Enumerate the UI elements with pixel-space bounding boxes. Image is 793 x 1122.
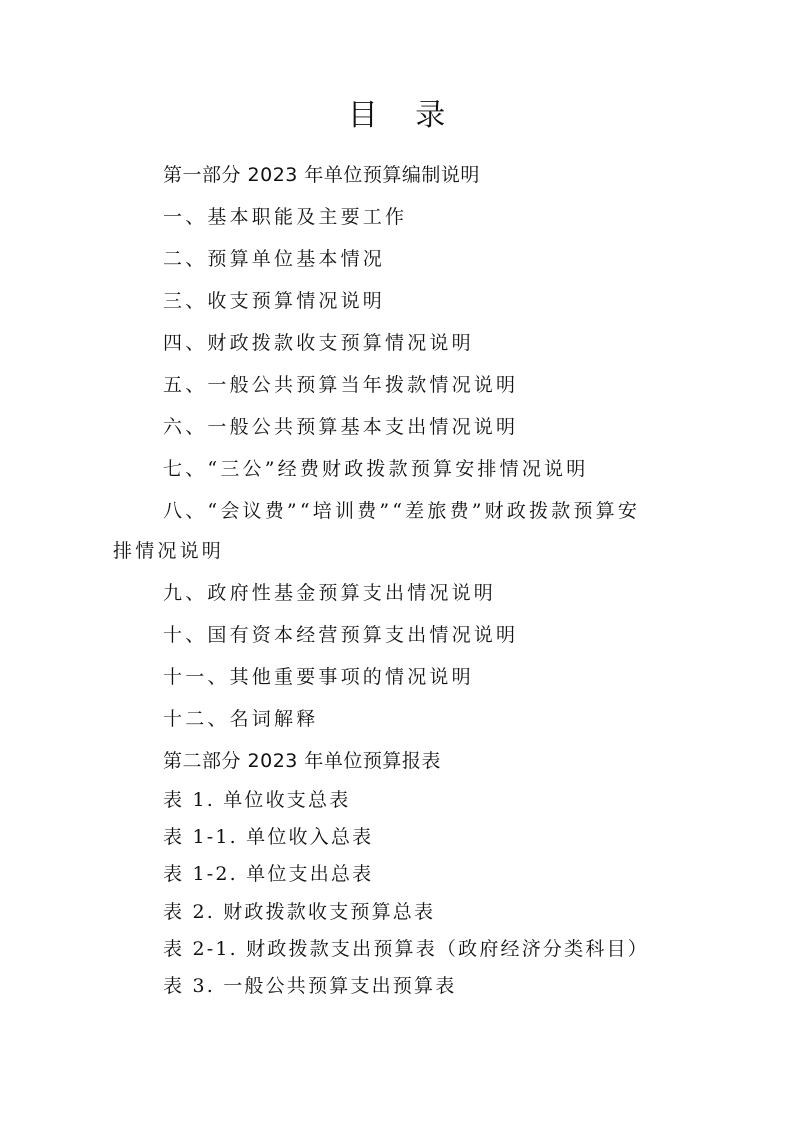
toc-table-item: 表 1. 单位收支总表 xyxy=(163,787,350,813)
toc-item: 八、“会议费”“培训费”“差旅费”财政拨款预算安 xyxy=(163,498,640,524)
toc-item: 二、预算单位基本情况 xyxy=(163,246,385,272)
part1-heading: 第一部分 2023 年单位预算编制说明 xyxy=(163,162,480,188)
toc-item: 四、财政拨款收支预算情况说明 xyxy=(163,330,474,356)
toc-item: 十、国有资本经营预算支出情况说明 xyxy=(163,622,518,648)
toc-table-item: 表 1-1. 单位收入总表 xyxy=(163,824,373,850)
page-title: 目 录 xyxy=(0,96,793,136)
toc-table-item: 表 1-2. 单位支出总表 xyxy=(163,861,373,887)
toc-item: 十一、其他重要事项的情况说明 xyxy=(163,664,474,690)
toc-item: 七、“三公”经费财政拨款预算安排情况说明 xyxy=(163,456,588,482)
toc-item: 一、基本职能及主要工作 xyxy=(163,204,407,230)
part2-heading: 第二部分 2023 年单位预算报表 xyxy=(163,748,441,774)
toc-item: 十二、名词解释 xyxy=(163,706,318,732)
toc-item: 六、一般公共预算基本支出情况说明 xyxy=(163,414,518,440)
toc-page: 目 录 第一部分 2023 年单位预算编制说明 一、基本职能及主要工作 二、预算… xyxy=(0,0,793,1122)
toc-table-item: 表 3. 一般公共预算支出预算表 xyxy=(163,973,456,999)
toc-item: 九、政府性基金预算支出情况说明 xyxy=(163,580,496,606)
toc-table-item: 表 2. 财政拨款收支预算总表 xyxy=(163,899,435,925)
toc-item: 五、一般公共预算当年拨款情况说明 xyxy=(163,372,518,398)
toc-item: 三、收支预算情况说明 xyxy=(163,288,385,314)
toc-table-item: 表 2-1. 财政拨款支出预算表（政府经济分类科目） xyxy=(163,936,649,962)
toc-item-continuation: 排情况说明 xyxy=(113,538,224,564)
